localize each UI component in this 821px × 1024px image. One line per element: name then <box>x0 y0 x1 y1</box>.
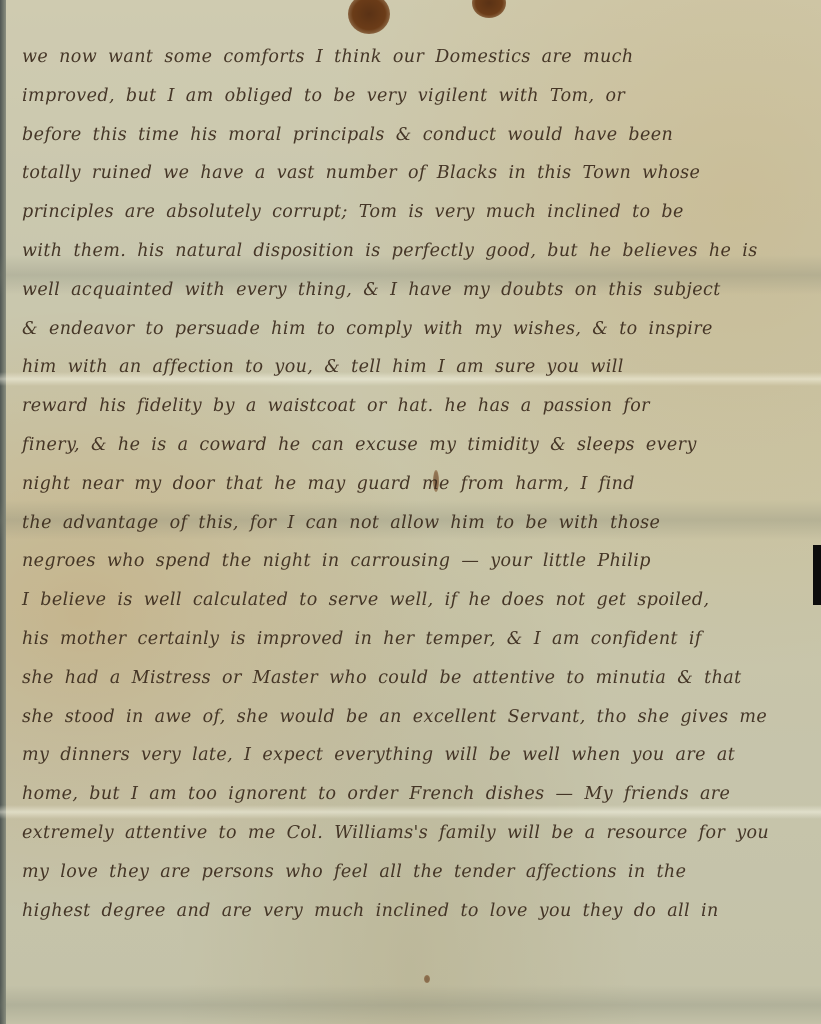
ink-stain <box>472 0 506 18</box>
text-line: his mother certainly is improved in her … <box>22 620 812 659</box>
text-line: the advantage of this, for I can not all… <box>22 504 812 543</box>
handwritten-text: we now want some comforts I think our Do… <box>22 38 812 930</box>
text-line: night near my door that he may guard me … <box>22 465 812 504</box>
ink-spot <box>424 975 430 983</box>
manuscript-page: we now want some comforts I think our Do… <box>0 0 821 1024</box>
text-line: reward his fidelity by a waistcoat or ha… <box>22 387 812 426</box>
text-line: finery, & he is a coward he can excuse m… <box>22 426 812 465</box>
text-line: highest degree and are very much incline… <box>22 892 812 931</box>
text-line: I believe is well calculated to serve we… <box>22 581 812 620</box>
text-line: we now want some comforts I think our Do… <box>22 38 812 77</box>
text-line: well acquainted with every thing, & I ha… <box>22 271 812 310</box>
paper-crease <box>0 985 821 1024</box>
text-line: & endeavor to persuade him to comply wit… <box>22 310 812 349</box>
text-line: him with an affection to you, & tell him… <box>22 348 812 387</box>
text-line: home, but I am too ignorent to order Fre… <box>22 775 812 814</box>
text-line: she had a Mistress or Master who could b… <box>22 659 812 698</box>
text-line: negroes who spend the night in carrousin… <box>22 542 812 581</box>
text-line: my love they are persons who feel all th… <box>22 853 812 892</box>
text-line: before this time his moral principals & … <box>22 116 812 155</box>
text-line: my dinners very late, I expect everythin… <box>22 736 812 775</box>
text-line: principles are absolutely corrupt; Tom i… <box>22 193 812 232</box>
ink-stain <box>348 0 390 34</box>
text-line: improved, but I am obliged to be very vi… <box>22 77 812 116</box>
text-line: she stood in awe of, she would be an exc… <box>22 698 812 737</box>
text-line: extremely attentive to me Col. Williams'… <box>22 814 812 853</box>
text-line: totally ruined we have a vast number of … <box>22 154 812 193</box>
page-edge-marker <box>813 545 821 605</box>
text-line: with them. his natural disposition is pe… <box>22 232 812 271</box>
